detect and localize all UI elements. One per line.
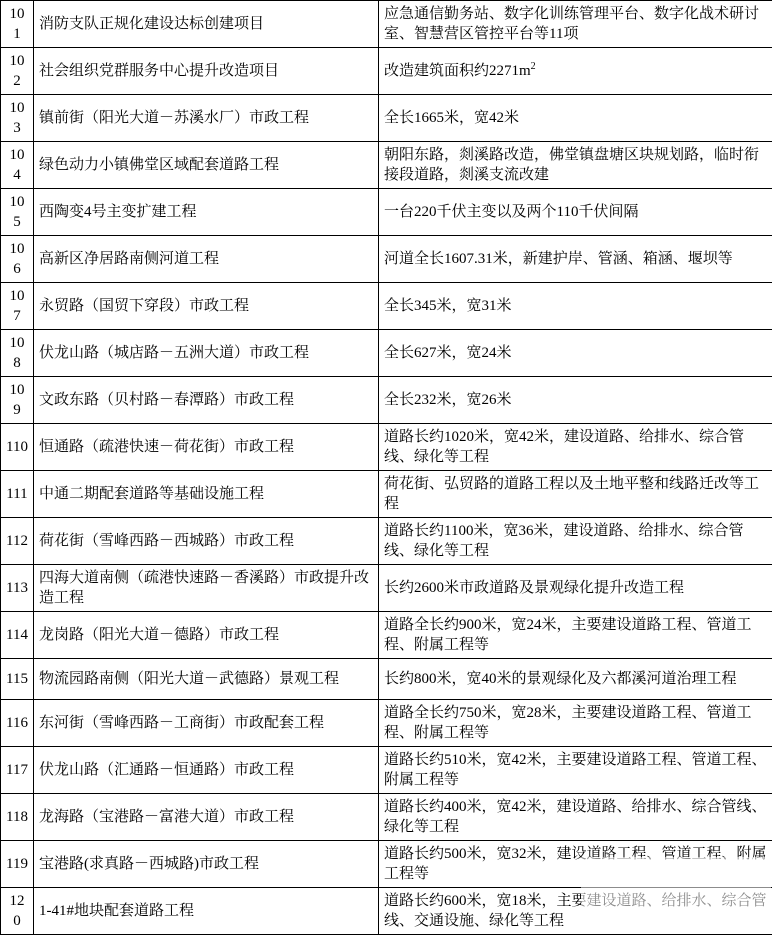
project-desc-cell: 道路长约500米，宽32米，建设道路工程、管道工程、附属工程等 bbox=[379, 841, 772, 888]
table-row: 118 龙海路（宝港路－富港大道）市政工程 道路长约400米，宽42米，建设道路… bbox=[1, 794, 772, 841]
table-row: 116 东河街（雪峰西路－工商街）市政配套工程 道路全长约750米，宽28米，主… bbox=[1, 700, 772, 747]
project-desc-cell: 河道全长1607.31米，新建护岸、管涵、箱涵、堰坝等 bbox=[379, 236, 772, 283]
project-desc-cell: 道路长约600米，宽18米，主要建设道路、给排水、综合管线、交通设施、绿化等工程 bbox=[379, 888, 772, 935]
project-desc-cell: 长约2600米市政道路及景观绿化提升改造工程 bbox=[379, 565, 772, 612]
project-name-cell: 伏龙山路（汇通路－恒通路）市政工程 bbox=[34, 747, 379, 794]
project-desc-cell: 应急通信勤务站、数字化训练管理平台、数字化战术研讨室、智慧营区管控平台等11项 bbox=[379, 1, 772, 48]
table-row: 106 高新区净居路南侧河道工程 河道全长1607.31米，新建护岸、管涵、箱涵… bbox=[1, 236, 772, 283]
table-row: 107 永贸路（国贸下穿段）市政工程 全长345米，宽31米 bbox=[1, 283, 772, 330]
project-desc-cell: 道路长约1020米，宽42米，建设道路、给排水、综合管线、绿化等工程 bbox=[379, 424, 772, 471]
project-name-cell: 永贸路（国贸下穿段）市政工程 bbox=[34, 283, 379, 330]
row-number-cell: 108 bbox=[1, 330, 34, 377]
row-number-cell: 119 bbox=[1, 841, 34, 888]
project-name-cell: 文政东路（贝村路－春潭路）市政工程 bbox=[34, 377, 379, 424]
row-number-cell: 104 bbox=[1, 142, 34, 189]
project-desc-cell: 全长1665米，宽42米 bbox=[379, 95, 772, 142]
project-name-cell: 西陶变4号主变扩建工程 bbox=[34, 189, 379, 236]
project-desc-cell: 道路长约400米，宽42米，建设道路、给排水、综合管线、绿化等工程 bbox=[379, 794, 772, 841]
project-desc-cell: 荷花街、弘贸路的道路工程以及土地平整和线路迁改等工程 bbox=[379, 471, 772, 518]
row-number-cell: 116 bbox=[1, 700, 34, 747]
row-number-cell: 118 bbox=[1, 794, 34, 841]
table-row: 113 四海大道南侧（疏港快速路－香溪路）市政提升改造工程 长约2600米市政道… bbox=[1, 565, 772, 612]
project-name-cell: 宝港路(求真路－西城路)市政工程 bbox=[34, 841, 379, 888]
table-row: 111 中通二期配套道路等基础设施工程 荷花街、弘贸路的道路工程以及土地平整和线… bbox=[1, 471, 772, 518]
project-desc-cell: 全长627米，宽24米 bbox=[379, 330, 772, 377]
projects-table: 101 消防支队正规化建设达标创建项目 应急通信勤务站、数字化训练管理平台、数字… bbox=[0, 0, 772, 935]
project-name-cell: 四海大道南侧（疏港快速路－香溪路）市政提升改造工程 bbox=[34, 565, 379, 612]
table-row: 101 消防支队正规化建设达标创建项目 应急通信勤务站、数字化训练管理平台、数字… bbox=[1, 1, 772, 48]
project-name-cell: 绿色动力小镇佛堂区域配套道路工程 bbox=[34, 142, 379, 189]
table-row: 119 宝港路(求真路－西城路)市政工程 道路长约500米，宽32米，建设道路工… bbox=[1, 841, 772, 888]
project-name-cell: 社会组织党群服务中心提升改造项目 bbox=[34, 48, 379, 95]
row-number-cell: 103 bbox=[1, 95, 34, 142]
row-number-cell: 110 bbox=[1, 424, 34, 471]
document-page: 101 消防支队正规化建设达标创建项目 应急通信勤务站、数字化训练管理平台、数字… bbox=[0, 0, 772, 935]
project-name-cell: 龙海路（宝港路－富港大道）市政工程 bbox=[34, 794, 379, 841]
project-name-cell: 1-41#地块配套道路工程 bbox=[34, 888, 379, 935]
project-desc-cell: 道路长约510米，宽42米，主要建设道路工程、管道工程、附属工程等 bbox=[379, 747, 772, 794]
project-desc-cell: 朝阳东路，剡溪路改造，佛堂镇盘塘区块规划路，临时衔接段道路，剡溪支流改建 bbox=[379, 142, 772, 189]
table-row: 105 西陶变4号主变扩建工程 一台220千伏主变以及两个110千伏间隔 bbox=[1, 189, 772, 236]
row-number-cell: 106 bbox=[1, 236, 34, 283]
project-name-cell: 恒通路（疏港快速－荷花街）市政工程 bbox=[34, 424, 379, 471]
table-row: 114 龙岗路（阳光大道－德路）市政工程 道路全长约900米，宽24米，主要建设… bbox=[1, 612, 772, 659]
table-row: 115 物流园路南侧（阳光大道－武德路）景观工程 长约800米，宽40米的景观绿… bbox=[1, 659, 772, 700]
project-desc-cell: 全长345米，宽31米 bbox=[379, 283, 772, 330]
projects-table-body: 101 消防支队正规化建设达标创建项目 应急通信勤务站、数字化训练管理平台、数字… bbox=[1, 1, 772, 935]
project-desc-cell: 道路长约1100米，宽36米，建设道路、给排水、综合管线、绿化等工程 bbox=[379, 518, 772, 565]
row-number-cell: 102 bbox=[1, 48, 34, 95]
table-row: 110 恒通路（疏港快速－荷花街）市政工程 道路长约1020米，宽42米，建设道… bbox=[1, 424, 772, 471]
table-row: 108 伏龙山路（城店路－五洲大道）市政工程 全长627米，宽24米 bbox=[1, 330, 772, 377]
project-desc-cell: 道路全长约900米，宽24米，主要建设道路工程、管道工程、附属工程等 bbox=[379, 612, 772, 659]
row-number-cell: 105 bbox=[1, 189, 34, 236]
row-number-cell: 101 bbox=[1, 1, 34, 48]
project-desc-cell: 长约800米，宽40米的景观绿化及六都溪河道治理工程 bbox=[379, 659, 772, 700]
row-number-cell: 120 bbox=[1, 888, 34, 935]
project-name-cell: 高新区净居路南侧河道工程 bbox=[34, 236, 379, 283]
row-number-cell: 111 bbox=[1, 471, 34, 518]
table-row: 102 社会组织党群服务中心提升改造项目 改造建筑面积约2271m2 bbox=[1, 48, 772, 95]
project-name-cell: 荷花街（雪峰西路－西城路）市政工程 bbox=[34, 518, 379, 565]
table-row: 112 荷花街（雪峰西路－西城路）市政工程 道路长约1100米，宽36米，建设道… bbox=[1, 518, 772, 565]
table-row: 104 绿色动力小镇佛堂区域配套道路工程 朝阳东路，剡溪路改造，佛堂镇盘塘区块规… bbox=[1, 142, 772, 189]
project-name-cell: 物流园路南侧（阳光大道－武德路）景观工程 bbox=[34, 659, 379, 700]
project-desc-cell: 道路全长约750米，宽28米，主要建设道路工程、管道工程、附属工程等 bbox=[379, 700, 772, 747]
row-number-cell: 115 bbox=[1, 659, 34, 700]
table-row: 103 镇前街（阳光大道－苏溪水厂）市政工程 全长1665米，宽42米 bbox=[1, 95, 772, 142]
row-number-cell: 107 bbox=[1, 283, 34, 330]
row-number-cell: 117 bbox=[1, 747, 34, 794]
project-name-cell: 伏龙山路（城店路－五洲大道）市政工程 bbox=[34, 330, 379, 377]
project-desc-cell: 改造建筑面积约2271m2 bbox=[379, 48, 772, 95]
superscript: 2 bbox=[531, 61, 536, 72]
project-name-cell: 中通二期配套道路等基础设施工程 bbox=[34, 471, 379, 518]
row-number-cell: 114 bbox=[1, 612, 34, 659]
row-number-cell: 112 bbox=[1, 518, 34, 565]
project-name-cell: 龙岗路（阳光大道－德路）市政工程 bbox=[34, 612, 379, 659]
table-row: 120 1-41#地块配套道路工程 道路长约600米，宽18米，主要建设道路、给… bbox=[1, 888, 772, 935]
project-name-cell: 镇前街（阳光大道－苏溪水厂）市政工程 bbox=[34, 95, 379, 142]
project-desc-cell: 全长232米，宽26米 bbox=[379, 377, 772, 424]
project-name-cell: 消防支队正规化建设达标创建项目 bbox=[34, 1, 379, 48]
table-row: 109 文政东路（贝村路－春潭路）市政工程 全长232米，宽26米 bbox=[1, 377, 772, 424]
row-number-cell: 109 bbox=[1, 377, 34, 424]
table-row: 117 伏龙山路（汇通路－恒通路）市政工程 道路长约510米，宽42米，主要建设… bbox=[1, 747, 772, 794]
project-desc-cell: 一台220千伏主变以及两个110千伏间隔 bbox=[379, 189, 772, 236]
project-name-cell: 东河街（雪峰西路－工商街）市政配套工程 bbox=[34, 700, 379, 747]
row-number-cell: 113 bbox=[1, 565, 34, 612]
